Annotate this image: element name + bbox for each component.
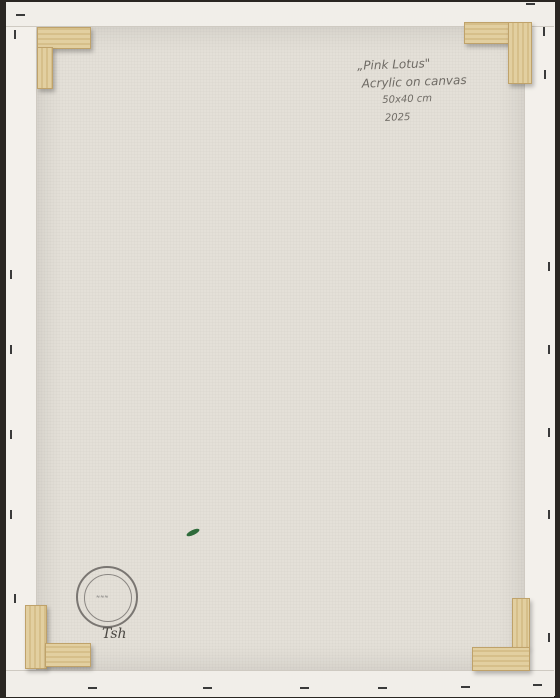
staple — [548, 633, 550, 642]
staple — [543, 27, 545, 36]
wedge-top-right-horizontal — [464, 22, 510, 44]
artwork-year: 2025 — [385, 107, 469, 128]
staple — [548, 510, 550, 519]
artist-stamp: ≈≈≈ — [76, 566, 138, 628]
staple — [548, 428, 550, 437]
wedge-top-left-vertical — [37, 47, 53, 89]
stamp-text: ≈≈≈ — [96, 594, 109, 600]
artwork-medium: Acrylic on canvas — [361, 71, 467, 93]
staple — [378, 687, 387, 689]
staple — [10, 270, 12, 279]
wedge-top-left-horizontal — [37, 27, 91, 49]
staple — [203, 687, 212, 689]
wedge-bottom-right-horizontal — [472, 647, 530, 671]
staple — [526, 3, 535, 5]
staple — [461, 686, 470, 688]
staple — [10, 510, 12, 519]
staple — [14, 594, 16, 603]
staple — [14, 30, 16, 39]
handwritten-inscription: „Pink Lotus" Acrylic on canvas 50x40 cm … — [349, 53, 468, 129]
staple — [88, 687, 97, 689]
staple — [544, 70, 546, 79]
staple — [548, 262, 550, 271]
wedge-bottom-left-vertical — [25, 605, 47, 669]
wedge-bottom-left-horizontal — [45, 643, 91, 667]
staple — [10, 430, 12, 439]
staple — [10, 345, 12, 354]
staple — [300, 687, 309, 689]
frame-bottom-bar — [6, 670, 554, 697]
wedge-top-right-vertical — [508, 22, 532, 84]
staple — [533, 684, 542, 686]
wedge-bottom-right-vertical — [512, 598, 530, 648]
staple — [16, 14, 25, 16]
staple — [548, 345, 550, 354]
frame-right-bar — [524, 2, 555, 696]
artist-signature: Tsh — [102, 626, 127, 642]
